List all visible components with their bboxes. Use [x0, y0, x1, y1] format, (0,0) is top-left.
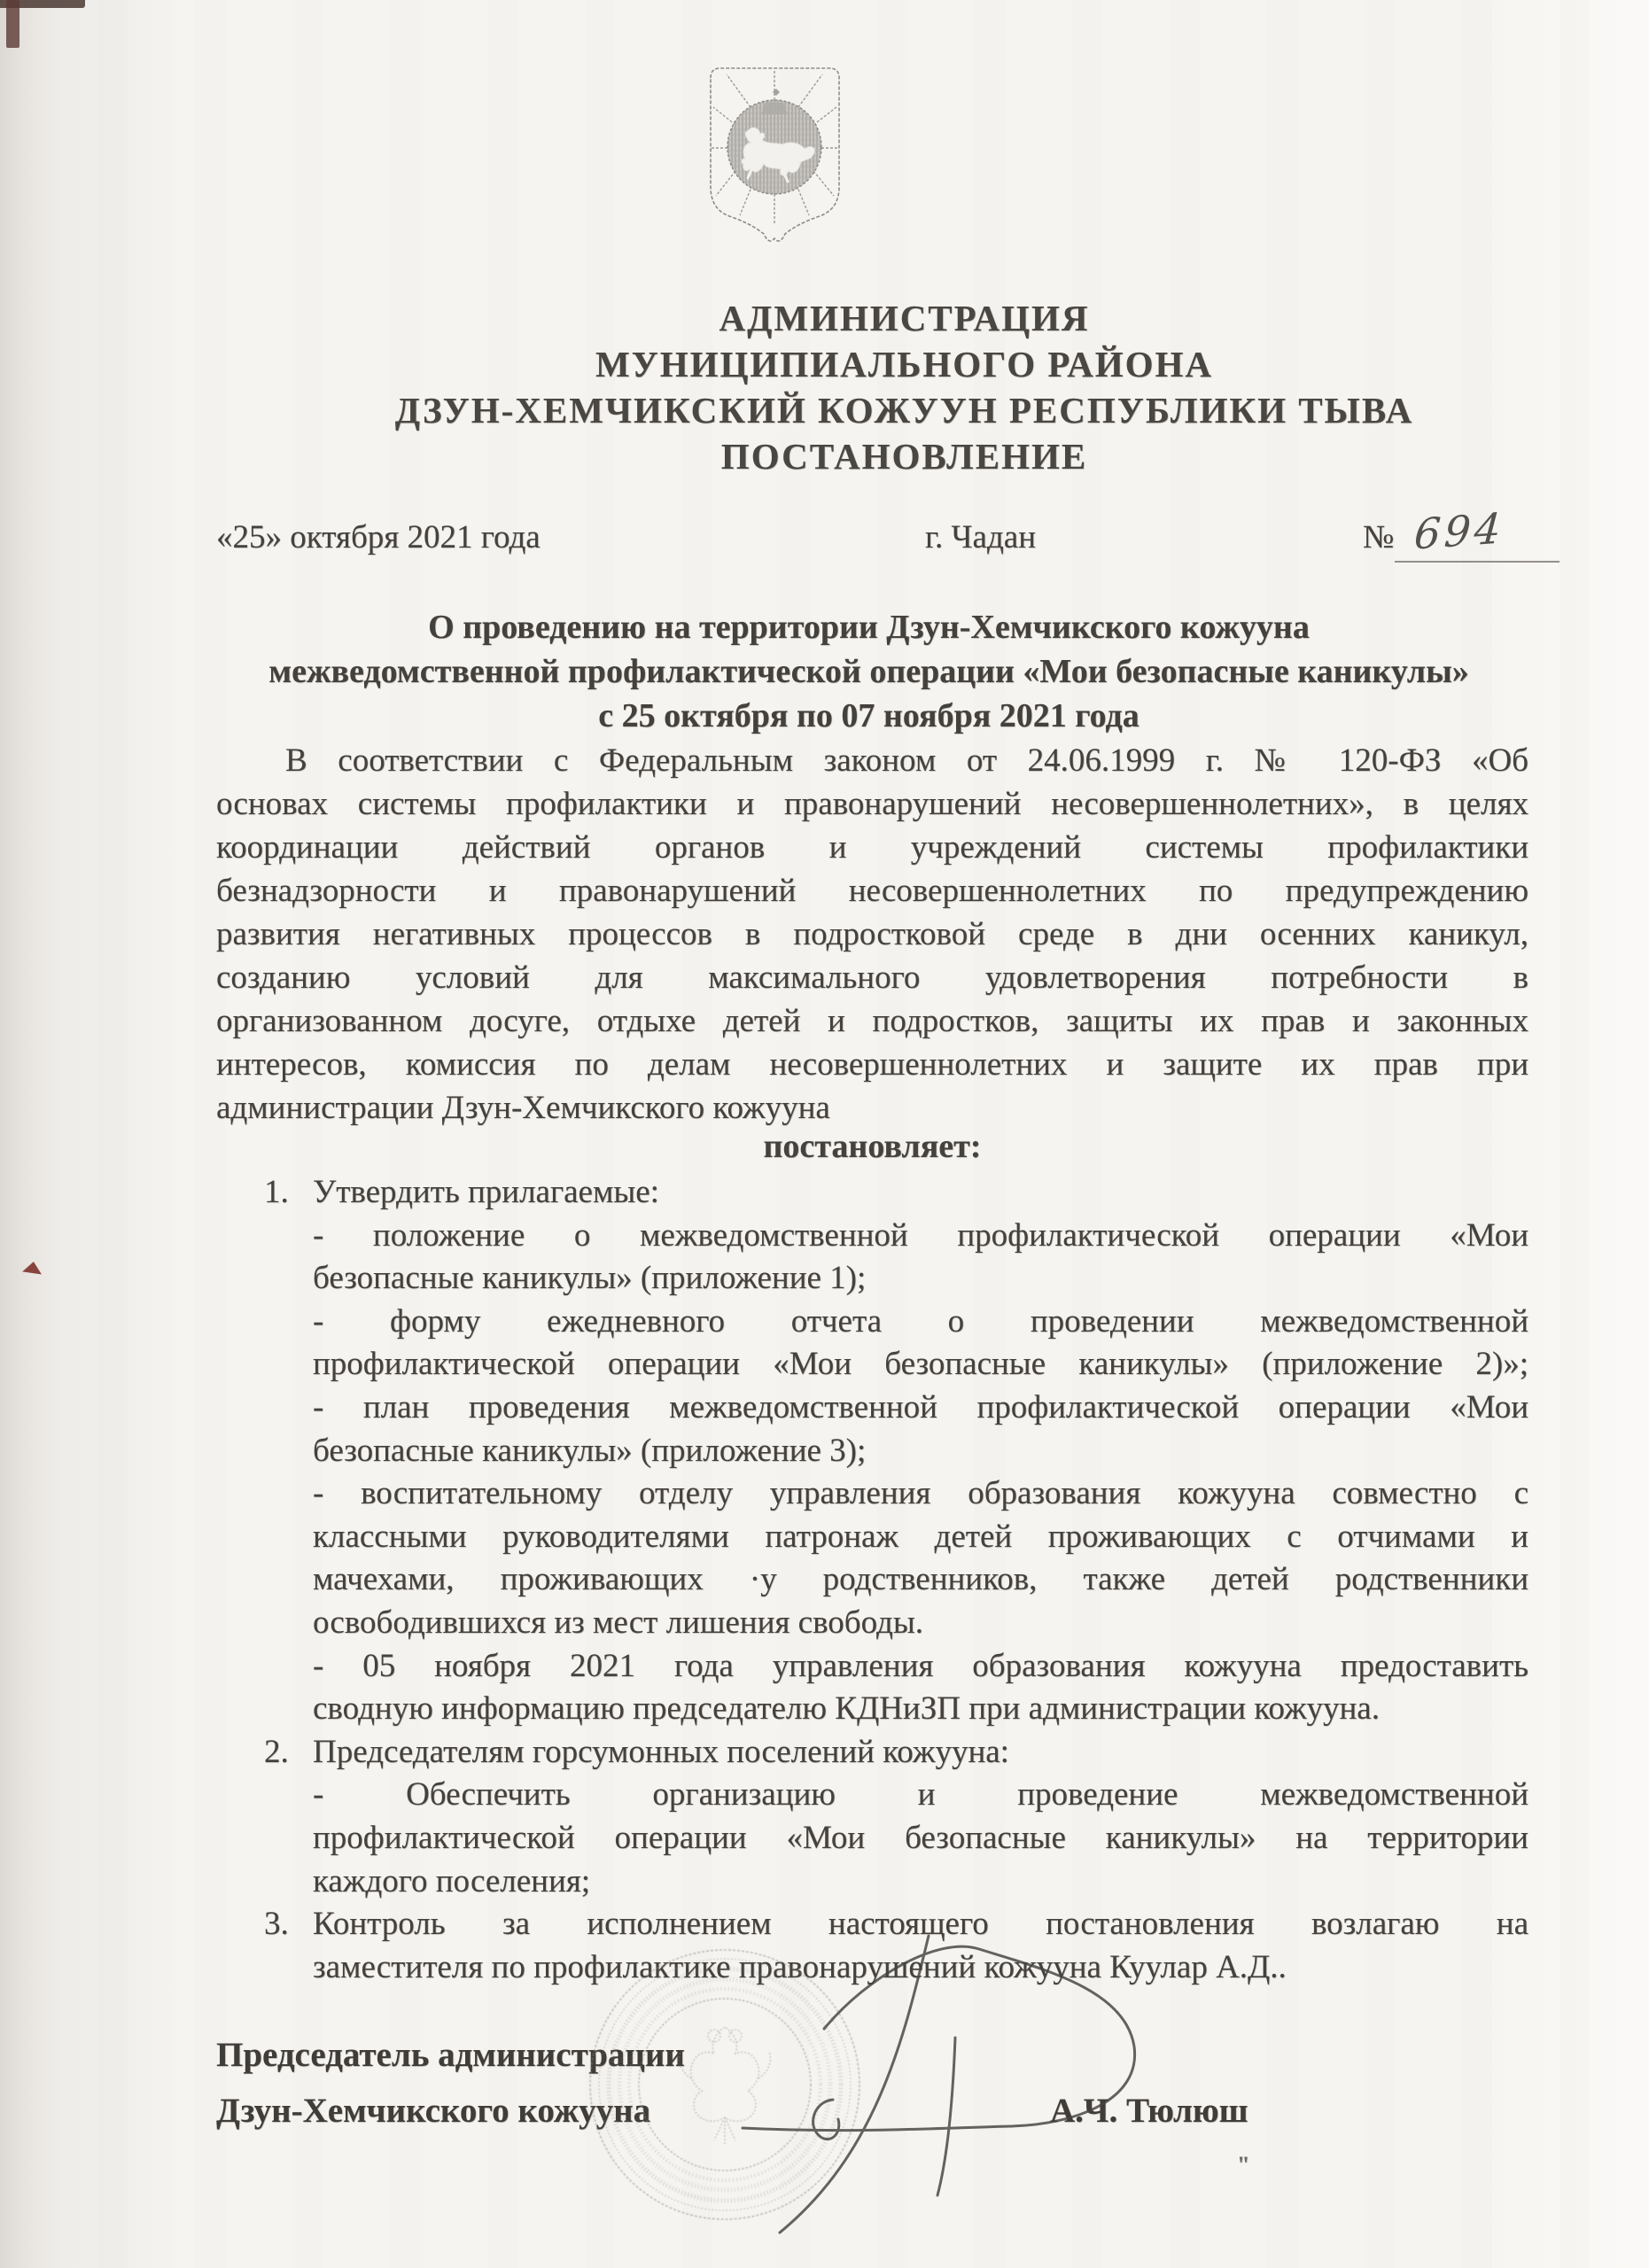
item-1: 1.Утвердить прилагаемые:: [313, 1171, 1528, 1215]
number-label: №: [1363, 518, 1394, 556]
title-line-2: межведомственной профилактической операц…: [213, 649, 1525, 694]
header-line-kozhuun: ДЗУН-ХЕМЧИКСКИЙ КОЖУУН РЕСПУБЛИКИ ТЫВА: [248, 387, 1560, 433]
item-1c-line: безопасные каникулы» (приложение 3);: [313, 1430, 1528, 1473]
preamble-line: координации действий органов и учреждени…: [216, 826, 1528, 869]
item-2f-line: - Обеспечить организацию и проведение ме…: [313, 1774, 1528, 1817]
item-1b-line: - форму ежедневного отчета о проведении …: [313, 1301, 1528, 1344]
signatory-role-line-2: Дзун-Хемчикского кожууна: [216, 2083, 1528, 2139]
item-1b-line: профилактической операции «Мои безопасны…: [313, 1343, 1528, 1386]
preamble-line: развития негативных процессов в подростк…: [216, 913, 1528, 956]
item-3-number: 3.: [264, 1903, 289, 1946]
title-line-1: О проведению на территории Дзун-Хемчикск…: [213, 605, 1525, 649]
signatory-role-line-1: Председатель администрации: [216, 2027, 1528, 2083]
item-1e-line: - 05 ноября 2021 года управления образов…: [313, 1645, 1528, 1689]
coat-of-arms-horse-icon: [699, 63, 851, 246]
preamble-line: администрации Дзун-Хемчикского кожууна: [216, 1086, 1528, 1130]
item-1a-line: безопасные каникулы» (приложение 1);: [313, 1257, 1528, 1301]
document-header: АДМИНИСТРАЦИЯ МУНИЦИПИАЛЬНОГО РАЙОНА ДЗУ…: [248, 295, 1560, 479]
meta-line: «25» октября 2021 года г. Чадан № 694: [216, 518, 1554, 571]
preamble-line: основах системы профилактики и правонару…: [216, 782, 1528, 826]
preamble-line: интересов, комиссия по делам несовершенн…: [216, 1043, 1528, 1086]
item-1a-line: - положение о межведомственной профилакт…: [313, 1215, 1528, 1258]
scanned-document-page: { "palette": { "paper": "#f6f4f0", "ink"…: [0, 0, 1649, 2268]
resolution-items: 1.Утвердить прилагаемые: - положение о м…: [313, 1171, 1528, 1989]
stray-quote-mark: ": [1237, 2137, 1249, 2193]
item-3: 3.Контроль за исполнением настоящего пос…: [313, 1903, 1528, 1946]
item-2f-line: каждого поселения;: [313, 1860, 1528, 1904]
item-1-number: 1.: [264, 1171, 289, 1215]
header-line-municipal-district: МУНИЦИПИАЛЬНОГО РАЙОНА: [248, 341, 1560, 387]
scan-left-edge-shadow: [0, 0, 66, 2268]
item-1d-line: классными руководителями патронаж детей …: [313, 1516, 1528, 1559]
item-2: 2.Председателям горсумонных поселений ко…: [313, 1731, 1528, 1775]
signature-block: Председатель администрации Дзун-Хемчикск…: [216, 2027, 1528, 2139]
item-1d-line: освободившихся из мест лишения свободы.: [313, 1602, 1528, 1645]
item-2-number: 2.: [264, 1731, 289, 1775]
item-1e-line: сводную информацию председателю КДНиЗП п…: [313, 1688, 1528, 1731]
title-line-3: с 25 октября по 07 ноября 2021 года: [213, 694, 1525, 738]
number-underline: [1395, 561, 1560, 563]
item-2f-line: профилактической операции «Мои безопасны…: [313, 1817, 1528, 1860]
number-value-handwritten: 694: [1412, 504, 1505, 560]
resolves-word: постановляет:: [216, 1127, 1528, 1166]
document-title: О проведению на территории Дзун-Хемчикск…: [213, 605, 1525, 738]
preamble-line: безнадзорности и правонарушений несоверш…: [216, 869, 1528, 913]
signatory-name: А.Ч. Тюлюш: [1050, 2083, 1248, 2139]
preamble-line: созданию условий для максимального удовл…: [216, 956, 1528, 999]
preamble-line: организованном досуге, отдыхе детей и по…: [216, 999, 1528, 1043]
item-1d-line: - воспитательному отделу управления обра…: [313, 1472, 1528, 1516]
preamble: В соответствии с Федеральным законом от …: [216, 739, 1528, 1130]
item-3-line: заместителя по профилактике правонарушен…: [313, 1946, 1528, 1990]
header-line-doc-type: ПОСТАНОВЛЕНИЕ: [248, 433, 1560, 479]
item-1c-line: - план проведения межведомственной профи…: [313, 1386, 1528, 1430]
header-line-administration: АДМИНИСТРАЦИЯ: [248, 295, 1560, 341]
preamble-line: В соответствии с Федеральным законом от …: [216, 739, 1528, 782]
scan-corner-mark: [6, 0, 19, 48]
document-place: г. Чадан: [925, 518, 1036, 556]
item-1d-line: мачехами, проживающих ·у родственников, …: [313, 1558, 1528, 1602]
document-date: «25» октября 2021 года: [216, 518, 541, 556]
